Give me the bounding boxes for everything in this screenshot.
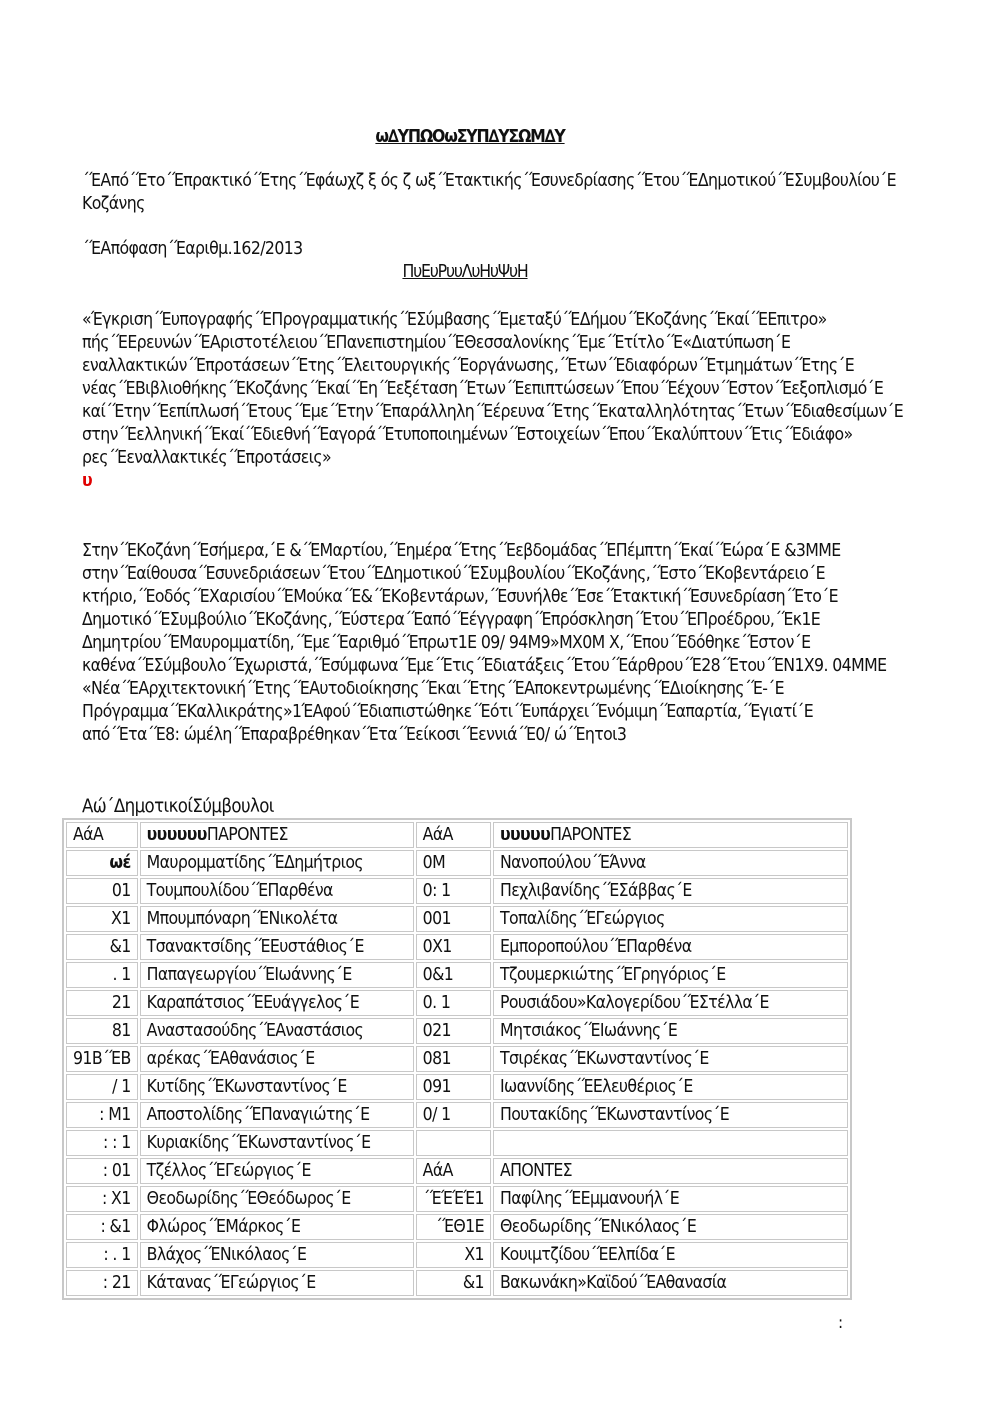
body-line: καθένα΄ΈΣύμβουλο΄Έχωριστά,΄Έσύμφωνα΄Έμε΄…	[82, 655, 882, 678]
body-line: στην΄Έαίθουσα΄Έσυνεδριάσεων΄Έτου΄ΈΔημοτι…	[82, 563, 882, 586]
member-number-right: 0/ 1	[416, 1102, 491, 1128]
member-name: Κυριακίδης΄ΈΚωνσταντίνος΄Ε	[140, 1130, 414, 1156]
member-number: 91Β΄ΈΒ	[66, 1046, 138, 1072]
member-name: Τζέλλος΄ΈΓεώργιος΄Ε	[140, 1158, 414, 1184]
table-row: ωέΜαυρομματίδης΄ΈΔημήτριος0ΜΝανοπούλου΄Έ…	[66, 850, 848, 876]
table-row: 91Β΄ΈΒαρέκας΄ΈΑθανάσιος΄Ε081Τσιρέκας΄ΈΚω…	[66, 1046, 848, 1072]
subject-line: «Έγκριση΄Έυπογραφής΄ΈΠρογραμματικής΄ΈΣύμ…	[82, 309, 882, 332]
member-number: : &1	[66, 1214, 138, 1240]
subject-line: νέας΄ΈΒιβλιοθήκης΄ΈΚοζάνης΄Έκαί΄Έη΄Έεξέτ…	[82, 378, 882, 401]
member-number: : Μ1	[66, 1102, 138, 1128]
header-num-left: ΑάΑ	[66, 822, 138, 848]
table-row: : : 1Κυριακίδης΄ΈΚωνσταντίνος΄Ε	[66, 1130, 848, 1156]
member-name-right: Ιωαννίδης΄ΈΕλευθέριος΄Ε	[493, 1074, 848, 1100]
member-name: Βλάχος΄ΈΝικόλαος΄Ε	[140, 1242, 414, 1268]
member-number-right: 0&1	[416, 962, 491, 988]
member-number: . 1	[66, 962, 138, 988]
member-number: 01	[66, 878, 138, 904]
member-number: : Χ1	[66, 1186, 138, 1212]
member-number-right: 081	[416, 1046, 491, 1072]
member-number-right: 0Μ	[416, 850, 491, 876]
table-row: : Μ1Αποστολίδης΄ΈΠαναγιώτης΄Ε0/ 1Πουτακί…	[66, 1102, 848, 1128]
subject-line: ρες΄Έεναλλακτικές΄Έπροτάσεις»	[82, 447, 882, 470]
subject-line: πής΄ΈΕρευνών΄ΈΑριστοτέλειου΄ΈΠανεπιστημί…	[82, 332, 882, 355]
absent-header: ΑΠΟΝΤΕΣ	[493, 1158, 848, 1184]
member-name-right: Νανοπούλου΄ΈΆννα	[493, 850, 848, 876]
member-number: 81	[66, 1018, 138, 1044]
body-line: «Νέα΄ΈΑρχιτεκτονική΄Έτης΄ΈΑυτοδιοίκησης΄…	[82, 678, 882, 701]
member-number: &1	[66, 934, 138, 960]
member-name-right	[493, 1130, 848, 1156]
member-name-right: Πουτακίδης΄ΈΚωνσταντίνος΄Ε	[493, 1102, 848, 1128]
document-page: ω∆ΥΠΩΟωΣΥΠ∆ΥΣΩΜ∆Υ ΄ΈΑπό΄Έτο΄Έπρακτικό΄Έτ…	[0, 0, 1000, 1415]
body-paragraph: Στην΄ΈΚοζάνη΄Έσήμερα,΄Ε &΄ΈΜαρτίου,΄Έημέ…	[82, 540, 882, 747]
member-number-right: 0. 1	[416, 990, 491, 1016]
member-name-right: Τζουμερκιώτης΄ΈΓρηγόριος΄Ε	[493, 962, 848, 988]
member-name-right: Πεχλιβανίδης΄ΈΣάββας΄Ε	[493, 878, 848, 904]
member-name-right: Τσιρέκας΄ΈΚωνσταντίνος΄Ε	[493, 1046, 848, 1072]
member-name-right: Κουιμτζίδου΄ΈΕλπίδα΄Ε	[493, 1242, 848, 1268]
intro-paragraph: ΄ΈΑπό΄Έτο΄Έπρακτικό΄Έτης΄Έφάωχζ ξ ός ζ ω…	[82, 170, 882, 216]
member-number-right: ΄ΈΘ1Ε	[416, 1214, 491, 1240]
member-name: Τσανακτσίδης΄ΈΕυστάθιος΄Ε	[140, 934, 414, 960]
table-row: 81Αναστασούδης΄ΈΑναστάσιος021Μητσιάκος΄Έ…	[66, 1018, 848, 1044]
table-row: : Χ1Θεοδωρίδης΄ΈΘεόδωρος΄Ε΄ΈΈΈΈ1Παφίλης΄…	[66, 1186, 848, 1212]
table-row: Χ1Μπουμπόναρη΄ΈΝικολέτα001Τοπαλίδης΄ΈΓεώ…	[66, 906, 848, 932]
subject-line: εναλλακτικών΄Έπροτάσεων΄Έτης΄Έλειτουργικ…	[82, 355, 882, 378]
body-line: κτήριο,΄Έοδός΄ΈΧαρισίου΄ΈΜούκα΄Έ&΄ΈΚοβεν…	[82, 586, 882, 609]
member-name: Τουμπουλίδου΄ΈΠαρθένα	[140, 878, 414, 904]
member-number: : 01	[66, 1158, 138, 1184]
intro-line: ΄ΈΑπό΄Έτο΄Έπρακτικό΄Έτης΄Έφάωχζ ξ ός ζ ω…	[82, 170, 882, 193]
member-number: : 21	[66, 1270, 138, 1296]
members-caption: Αώ΄ΔημοτικοίΣύμβουλοι	[82, 795, 274, 818]
body-line: από΄Έτα΄Έ8: ώμέλη΄Έπαραβρέθηκαν΄Έτα΄Έείκ…	[82, 724, 882, 747]
member-number: / 1	[66, 1074, 138, 1100]
subject-paragraph: «Έγκριση΄Έυπογραφής΄ΈΠρογραμματικής΄ΈΣύμ…	[82, 309, 882, 493]
member-number-right: Χ1	[416, 1242, 491, 1268]
member-name: Κάτανας΄ΈΓεώργιος΄Ε	[140, 1270, 414, 1296]
member-name: Φλώρος΄ΈΜάρκος΄Ε	[140, 1214, 414, 1240]
member-number-right: 0Χ1	[416, 934, 491, 960]
member-name: Θεοδωρίδης΄ΈΘεόδωρος΄Ε	[140, 1186, 414, 1212]
member-number-right: &1	[416, 1270, 491, 1296]
member-name-right: Μητσιάκος΄ΈΙωάννης΄Ε	[493, 1018, 848, 1044]
table-row: : 21Κάτανας΄ΈΓεώργιος΄Ε&1Βακωνάκη»Καϊδού…	[66, 1270, 848, 1296]
member-number-right: ΄ΈΈΈΈ1	[416, 1186, 491, 1212]
body-line: Πρόγραμμα΄ΈΚαλλικράτης»1ΈΑφού΄Έδιαπιστώθ…	[82, 701, 882, 724]
table-row: 01Τουμπουλίδου΄ΈΠαρθένα0: 1Πεχλιβανίδης΄…	[66, 878, 848, 904]
table-row: : . 1Βλάχος΄ΈΝικόλαος΄ΕΧ1Κουιμτζίδου΄ΈΕλ…	[66, 1242, 848, 1268]
table-header-row: ΑάΑ υυυυυυΠΑΡΟΝΤΕΣ ΑάΑ υυυυυΠΑΡΟΝΤΕΣ	[66, 822, 848, 848]
member-number: Χ1	[66, 906, 138, 932]
header-present-right: υυυυυΠΑΡΟΝΤΕΣ	[493, 822, 848, 848]
member-name: Αποστολίδης΄ΈΠαναγιώτης΄Ε	[140, 1102, 414, 1128]
member-name: Μπουμπόναρη΄ΈΝικολέτα	[140, 906, 414, 932]
member-number: ωέ	[66, 850, 138, 876]
member-name-right: Ρουσιάδου»Καλογερίδου΄ΈΣτέλλα΄Ε	[493, 990, 848, 1016]
member-name-right: Παφίλης΄ΈΕμμανουήλ΄Ε	[493, 1186, 848, 1212]
member-name-right: Εμποροπούλου΄ΈΠαρθένα	[493, 934, 848, 960]
member-name-right: Βακωνάκη»Καϊδού΄ΈΑθανασία	[493, 1270, 848, 1296]
table-row: : 01Τζέλλος΄ΈΓεώργιος΄ΕΑάΑΑΠΟΝΤΕΣ	[66, 1158, 848, 1184]
decision-number: ΄ΈΑπόφαση΄Έαριθμ.162/2013	[82, 238, 882, 261]
body-line: Δημοτικό΄ΈΣυμβούλιο΄ΈΚοζάνης,΄Έύστερα΄Έα…	[82, 609, 882, 632]
member-name-right: Τοπαλίδης΄ΈΓεώργιος	[493, 906, 848, 932]
council-members-table: ΑάΑ υυυυυυΠΑΡΟΝΤΕΣ ΑάΑ υυυυυΠΑΡΟΝΤΕΣ ωέΜ…	[62, 818, 852, 1300]
member-name: Κυτίδης΄ΈΚωνσταντίνος΄Ε	[140, 1074, 414, 1100]
member-number-right: 001	[416, 906, 491, 932]
subject-line: στην΄Έελληνική΄Έκαί΄Έδιεθνή΄Έαγορά΄Έτυπο…	[82, 424, 882, 447]
member-name-right: Θεοδωρίδης΄ΈΝικόλαος΄Ε	[493, 1214, 848, 1240]
document-title: ω∆ΥΠΩΟωΣΥΠ∆ΥΣΩΜ∆Υ	[0, 126, 940, 149]
header-num-right: ΑάΑ	[416, 822, 491, 848]
body-line: Στην΄ΈΚοζάνη΄Έσήμερα,΄Ε &΄ΈΜαρτίου,΄Έημέ…	[82, 540, 882, 563]
member-name: Αναστασούδης΄ΈΑναστάσιος	[140, 1018, 414, 1044]
member-number: 21	[66, 990, 138, 1016]
table-row: 21Καραπάτσιος΄ΈΕυάγγελος΄Ε0. 1Ρουσιάδου»…	[66, 990, 848, 1016]
red-marker: υ	[82, 470, 882, 493]
intro-line: Κοζάνης	[82, 193, 882, 216]
member-name: Παπαγεωργίου΄ΈΙωάννης΄Ε	[140, 962, 414, 988]
table-row: / 1Κυτίδης΄ΈΚωνσταντίνος΄Ε091Ιωαννίδης΄Έ…	[66, 1074, 848, 1100]
table-row: : &1Φλώρος΄ΈΜάρκος΄Ε΄ΈΘ1ΕΘεοδωρίδης΄ΈΝικ…	[66, 1214, 848, 1240]
member-number-right: 021	[416, 1018, 491, 1044]
table-row: &1Τσανακτσίδης΄ΈΕυστάθιος΄Ε0Χ1Εμποροπούλ…	[66, 934, 848, 960]
header-present-left: υυυυυυΠΑΡΟΝΤΕΣ	[140, 822, 414, 848]
member-name: Μαυρομματίδης΄ΈΔημήτριος	[140, 850, 414, 876]
table-row: . 1Παπαγεωργίου΄ΈΙωάννης΄Ε0&1Τζουμερκιώτ…	[66, 962, 848, 988]
body-line: Δημητρίου΄ΈΜαυρομματίδη,΄Έμε΄Έαριθμό΄Έπρ…	[82, 632, 882, 655]
member-name: Καραπάτσιος΄ΈΕυάγγελος΄Ε	[140, 990, 414, 1016]
member-number-right	[416, 1130, 491, 1156]
member-name: αρέκας΄ΈΑθανάσιος΄Ε	[140, 1046, 414, 1072]
member-number: : : 1	[66, 1130, 138, 1156]
member-number-right: 0: 1	[416, 878, 491, 904]
subject-line: καί΄Έτην΄Έεπίπλωσή΄Έτους΄Έμε΄Έτην΄Έπαράλ…	[82, 401, 882, 424]
member-number: : . 1	[66, 1242, 138, 1268]
summary-heading: ΠυΕυΡυυΛυΗυΨυΗ	[0, 261, 930, 284]
member-number-right: ΑάΑ	[416, 1158, 491, 1184]
member-number-right: 091	[416, 1074, 491, 1100]
page-number: :	[838, 1313, 843, 1333]
